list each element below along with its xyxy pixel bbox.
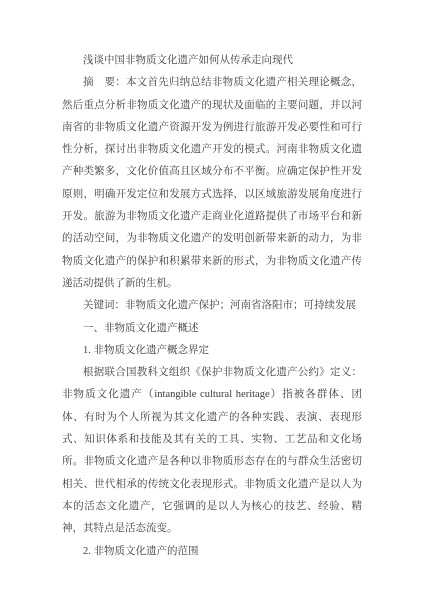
document-page: 浅谈中国非物质文化遗产如何从传承走向现代摘 要：本文首先归纳总结非物质文化遗产相… [0, 0, 423, 600]
section-heading: 一、非物质文化遗产概述 [62, 318, 362, 340]
body-paragraph: 根据联合国教科文组织《保护非物质文化遗产公约》定义：非物质文化遗产（intang… [62, 362, 362, 540]
document-title: 浅谈中国非物质文化遗产如何从传承走向现代 [62, 50, 362, 72]
document-content: 浅谈中国非物质文化遗产如何从传承走向现代摘 要：本文首先归纳总结非物质文化遗产相… [62, 50, 362, 563]
keywords-line: 关键词：非物质文化遗产保护；河南省洛阳市；可持续发展 [62, 295, 362, 317]
abstract-paragraph: 摘 要：本文首先归纳总结非物质文化遗产相关理论概念，然后重点分析非物质文化遗产的… [62, 72, 362, 295]
subsection-heading: 1. 非物质文化遗产概念界定 [62, 340, 362, 362]
subsection-heading: 2. 非物质文化遗产的范围 [62, 541, 362, 563]
